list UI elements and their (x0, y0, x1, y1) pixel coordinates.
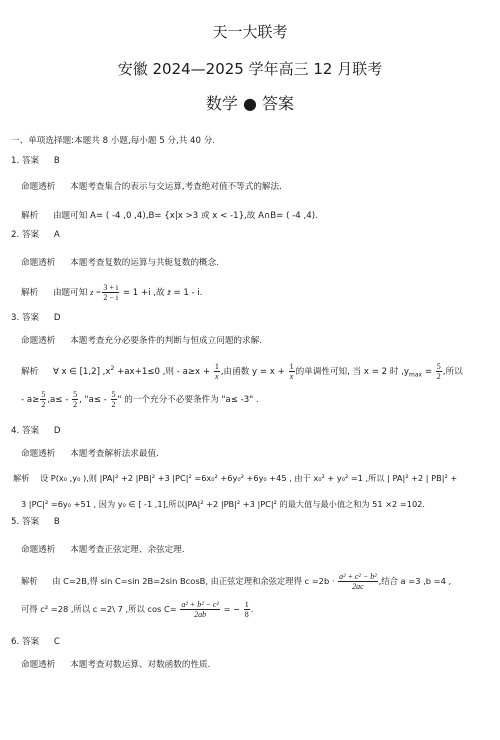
text: . (251, 604, 254, 614)
answer-label: 答案 (22, 156, 39, 166)
text: ,由函数 y = x + (221, 367, 285, 377)
q3-number: 3. (11, 313, 19, 323)
q2-intent-text: 本题考查复数的运算与共轭复数的概念. (70, 258, 219, 268)
q3-intent-text: 本题考查充分必要条件的判断与恒成立问题的求解. (70, 336, 262, 346)
q6-answer: C (54, 637, 60, 647)
numerator: 3 + i (102, 283, 119, 293)
text: = 1 - i. (173, 288, 202, 298)
q5-analysis-line2: 可得 c² =28 ,所以 c =2\ 7 ,所以 cos C= a² + b²… (21, 600, 253, 619)
org-title: 天一大联考 (0, 21, 500, 42)
fraction: 18 (244, 600, 250, 619)
math-z: z = (90, 287, 101, 297)
analysis-label: 解析 (13, 473, 29, 483)
q1-number: 1. (11, 156, 19, 166)
text: , "a≤ - (79, 395, 107, 405)
q3-analysis-line1: 解析 ∀ x ∈ [1,2] ,x2 +ax+1≤0 ,则 - a≥x + 1x… (21, 362, 463, 382)
numerator: 5 (40, 390, 46, 400)
text: = (425, 367, 432, 377)
answer-label: 答案 (22, 517, 39, 527)
q6-answer-row: 6. 答案 C (11, 636, 60, 648)
text: = − (224, 604, 241, 614)
q1-analysis-text: 由题可知 A= ( -4 ,0 ,4),B= {x|x >3 或 x < -1}… (53, 211, 318, 221)
numerator: a² + b² − c² (180, 600, 220, 610)
q1-analysis: 解析 由题可知 A= ( -4 ,0 ,4),B= {x|x >3 或 x < … (21, 210, 318, 222)
answer-label: 答案 (22, 426, 39, 436)
q1-intent-text: 本题考查集合的表示与交运算,考查绝对值不等式的解法. (70, 182, 282, 192)
denominator: 2 (40, 400, 46, 409)
text: ,a≤ - (47, 395, 68, 405)
text: ∀ x ∈ [1,2] ,x (53, 367, 111, 377)
intent-label: 命题透析 (21, 545, 55, 555)
fraction: 1x (214, 362, 220, 381)
answer-label: 答案 (22, 637, 39, 647)
q2-number: 2. (11, 230, 19, 240)
numerator: 1 (244, 600, 250, 610)
q5-answer-row: 5. 答案 B (11, 516, 60, 528)
q4-answer: D (54, 426, 61, 436)
answer-label: 答案 (22, 313, 39, 323)
fraction: 52 (111, 390, 117, 409)
q5-answer: B (54, 517, 60, 527)
text: 可得 c² =28 ,所以 c =2\ 7 ,所以 cos C= (21, 604, 177, 614)
text: +ax+1≤0 ,则 - a≥x + (117, 367, 210, 377)
q2-answer-row: 2. 答案 A (11, 229, 60, 241)
numerator: a² + c² − b² (338, 572, 378, 582)
q3-analysis-line2: - a≥52,a≤ - 52, "a≤ - 52" 的一个充分不必要条件为 "a… (21, 390, 259, 409)
q6-intent: 命题透析 本题考查对数运算、对数函数的性质. (21, 659, 210, 671)
subscript: max (409, 372, 422, 379)
denominator: 2 (111, 400, 117, 409)
superscript: 2 (111, 365, 115, 372)
q1-answer-row: 1. 答案 B (11, 155, 60, 167)
text: ,结合 a =3 ,b =4 , (379, 576, 452, 586)
text: ,所以 (443, 367, 463, 377)
section-title: 一、单项选择题:本题共 8 小题,每小题 5 分,共 40 分. (11, 135, 215, 147)
text: - a≥ (21, 395, 39, 405)
q3-intent: 命题透析 本题考查充分必要条件的判断与恒成立问题的求解. (21, 335, 262, 347)
intent-label: 命题透析 (21, 336, 55, 346)
analysis-label: 解析 (21, 211, 38, 221)
q4-number: 4. (11, 426, 19, 436)
text: 3 |PC|² =6y₀ +51 , 因为 y₀ ∈ [ -1 ,1],所以|P… (21, 499, 425, 509)
q5-intent: 命题透析 本题考查正弦定理、余弦定理. (21, 544, 185, 556)
fraction: a² + c² − b²2ac (338, 572, 378, 591)
denominator: x (289, 372, 295, 381)
q1-intent: 命题透析 本题考查集合的表示与交运算,考查绝对值不等式的解法. (21, 181, 282, 193)
q2-answer: A (54, 230, 60, 240)
fraction: a² + b² − c²2ab (180, 600, 220, 619)
text: " 的一个充分不必要条件为 "a≤ -3" . (118, 395, 259, 405)
fraction: 3 + i2 − i (102, 283, 119, 302)
text: 由题可知 (53, 288, 87, 298)
q2-analysis: 解析 由题可知 z =3 + i2 − i = 1 +i ,故 z̄ = 1 -… (21, 283, 203, 302)
exam-title: 安徽 2024—2025 学年高三 12 月联考 (0, 58, 500, 79)
subject-title: 数学 ● 答案 (0, 91, 500, 114)
math-zbar: z̄ (167, 287, 170, 297)
analysis-label: 解析 (21, 367, 38, 377)
fraction: 52 (436, 362, 442, 381)
text: 由 C=2B,得 sin C=sin 2B=2sin BcosB, 由正弦定理和… (52, 576, 334, 586)
q5-intent-text: 本题考查正弦定理、余弦定理. (70, 545, 184, 555)
intent-label: 命题透析 (21, 449, 55, 459)
q2-intent: 命题透析 本题考查复数的运算与共轭复数的概念. (21, 257, 219, 269)
numerator: 1 (214, 362, 220, 372)
numerator: 5 (436, 362, 442, 372)
numerator: 1 (289, 362, 295, 372)
q3-answer-row: 3. 答案 D (11, 312, 61, 324)
intent-label: 命题透析 (21, 660, 55, 670)
intent-label: 命题透析 (21, 258, 55, 268)
q6-intent-text: 本题考查对数运算、对数函数的性质. (70, 660, 210, 670)
text: = 1 +i ,故 (123, 288, 165, 298)
q6-number: 6. (11, 637, 19, 647)
q5-number: 5. (11, 517, 19, 527)
fraction: 52 (72, 390, 78, 409)
q5-analysis-line1: 解析 由 C=2B,得 sin C=sin 2B=2sin BcosB, 由正弦… (21, 572, 451, 591)
text: 设 P(x₀ ,y₀ ),则 |PA|² +2 |PB|² +3 |PC|² =… (40, 473, 457, 483)
analysis-label: 解析 (21, 576, 38, 586)
intent-label: 命题透析 (21, 182, 55, 192)
fraction: 1x (289, 362, 295, 381)
q4-analysis-line1: 解析 设 P(x₀ ,y₀ ),则 |PA|² +2 |PB|² +3 |PC|… (13, 472, 457, 484)
q4-intent-text: 本题考查解析法求最值. (70, 449, 159, 459)
q4-answer-row: 4. 答案 D (11, 425, 61, 437)
analysis-label: 解析 (21, 288, 38, 298)
text: 的单调性可知, 当 x = 2 时 ,y (296, 367, 409, 377)
denominator: 2 (72, 400, 78, 409)
numerator: 5 (111, 390, 117, 400)
denominator: x (214, 372, 220, 381)
numerator: 5 (72, 390, 78, 400)
denominator: 2 − i (102, 293, 119, 302)
denominator: 2ac (338, 582, 378, 591)
q1-answer: B (54, 156, 60, 166)
answer-label: 答案 (22, 230, 39, 240)
denominator: 8 (244, 610, 250, 619)
q4-intent: 命题透析 本题考查解析法求最值. (21, 448, 159, 460)
fraction: 52 (40, 390, 46, 409)
denominator: 2ab (180, 610, 220, 619)
denominator: 2 (436, 372, 442, 381)
q4-analysis-line2: 3 |PC|² =6y₀ +51 , 因为 y₀ ∈ [ -1 ,1],所以|P… (21, 498, 425, 510)
q3-answer: D (54, 313, 61, 323)
